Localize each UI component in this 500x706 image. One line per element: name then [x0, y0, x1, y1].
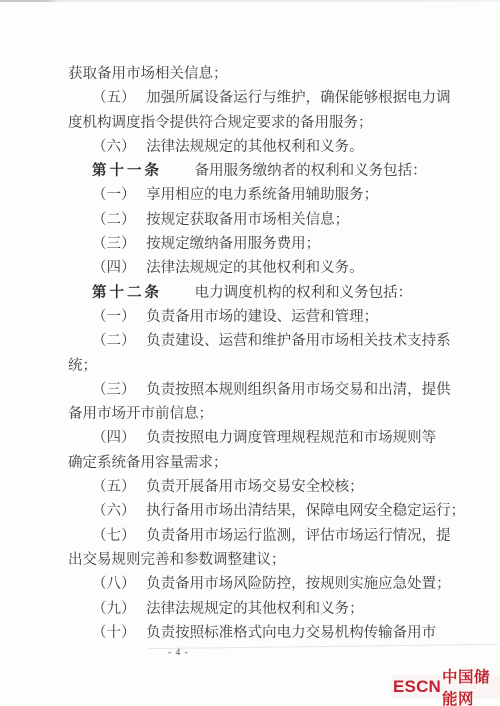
text-line: （五） 负责开展备用市场交易安全校核；	[68, 475, 460, 499]
line-text: （三） 负责按照本规则组织备用市场交易和出清，提供	[92, 382, 451, 398]
line-text: 统；	[68, 358, 97, 374]
line-text: （六） 法律法规规定的其他权利和义务。	[92, 139, 364, 155]
text-line: 获取备用市场相关信息；	[68, 62, 460, 86]
line-text: 备用市场开市前信息；	[68, 406, 213, 422]
line-text: （九） 法律法规规定的其他权利和义务；	[92, 601, 364, 617]
article-number: 第十二条	[92, 285, 162, 301]
text-line: （三） 负责按照本规则组织备用市场交易和出清，提供	[68, 378, 460, 402]
line-text: 出交易规则完善和参数调整建议；	[68, 552, 286, 568]
line-text: 备用服务缴纳者的权利和义务包括：	[195, 163, 427, 179]
text-line: （五） 加强所属设备运行与维护，确保能够根据电力调	[68, 86, 460, 110]
line-text: 电力调度机构的权利和义务包括：	[195, 285, 413, 301]
text-line: （四） 负责按照电力调度管理规程规范和市场规则等	[68, 426, 460, 450]
line-text: （四） 法律法规规定的其他权利和义务。	[92, 260, 364, 276]
line-text: （二） 负责建设、运营和维护备用市场相关技术支持系	[92, 333, 451, 349]
text-line: （二） 按规定获取备用市场相关信息；	[68, 208, 460, 232]
text-line: （一） 负责备用市场的建设、运营和管理；	[68, 305, 460, 329]
document-body: 获取备用市场相关信息； （五） 加强所属设备运行与维护，确保能够根据电力调 度机…	[68, 62, 460, 645]
line-text: （八） 负责备用市场风险防控，按规则实施应急处置；	[92, 576, 451, 592]
document-page: 获取备用市场相关信息； （五） 加强所属设备运行与维护，确保能够根据电力调 度机…	[0, 0, 500, 706]
text-line: 第十二条 电力调度机构的权利和义务包括：	[68, 281, 460, 305]
line-text: （七） 负责备用市场运行监测，评估市场运行情况，提	[92, 528, 451, 544]
text-line: （一） 享用相应的电力系统备用辅助服务；	[68, 183, 460, 207]
text-line: （七） 负责备用市场运行监测，评估市场运行情况，提	[68, 524, 460, 548]
line-text: （四） 负责按照电力调度管理规程规范和市场规则等	[92, 430, 436, 446]
line-text: （六） 执行备用市场出清结果，保障电网安全稳定运行；	[92, 503, 465, 519]
text-line: 第十一条 备用服务缴纳者的权利和义务包括：	[68, 159, 460, 183]
scan-artifact-top-edge	[0, 0, 500, 2]
escn-logo-chinese: 中国储能网	[442, 665, 498, 706]
line-text: 度机构调度指令提供符合规定要求的备用服务；	[68, 115, 373, 131]
text-line: （六） 执行备用市场出清结果，保障电网安全稳定运行；	[68, 499, 460, 523]
text-line: 统；	[68, 354, 460, 378]
text-line: （二） 负责建设、运营和维护备用市场相关技术支持系	[68, 329, 460, 353]
text-line: 确定系统备用容量需求；	[68, 451, 460, 475]
escn-watermark: ESCN 中国储能网	[391, 675, 500, 699]
article-number: 第十一条	[92, 163, 162, 179]
line-text: 确定系统备用容量需求；	[68, 455, 228, 471]
line-text: （一） 负责备用市场的建设、运营和管理；	[92, 309, 378, 325]
text-line: 出交易规则完善和参数调整建议；	[68, 548, 460, 572]
line-text: （十） 负责按照标准格式向电力交易机构传输备用市	[92, 625, 436, 641]
line-text: （五） 负责开展备用市场交易安全校核；	[92, 479, 364, 495]
line-text: （五） 加强所属设备运行与维护，确保能够根据电力调	[92, 90, 451, 106]
line-text: （二） 按规定获取备用市场相关信息；	[92, 212, 349, 228]
page-number: - 4 -	[168, 648, 189, 658]
text-line: （六） 法律法规规定的其他权利和义务。	[68, 135, 460, 159]
text-line: 度机构调度指令提供符合规定要求的备用服务；	[68, 111, 460, 135]
text-line: （三） 按规定缴纳备用服务费用；	[68, 232, 460, 256]
text-line: （十） 负责按照标准格式向电力交易机构传输备用市	[68, 621, 460, 645]
text-line: （九） 法律法规规定的其他权利和义务；	[68, 597, 460, 621]
text-line: （四） 法律法规规定的其他权利和义务。	[68, 256, 460, 280]
line-text: 获取备用市场相关信息；	[68, 66, 228, 82]
line-text: （一） 享用相应的电力系统备用辅助服务；	[92, 187, 378, 203]
text-line: 备用市场开市前信息；	[68, 402, 460, 426]
escn-logo-latin: ESCN	[393, 677, 441, 697]
line-text: （三） 按规定缴纳备用服务费用；	[92, 236, 320, 252]
text-line: （八） 负责备用市场风险防控，按规则实施应急处置；	[68, 572, 460, 596]
